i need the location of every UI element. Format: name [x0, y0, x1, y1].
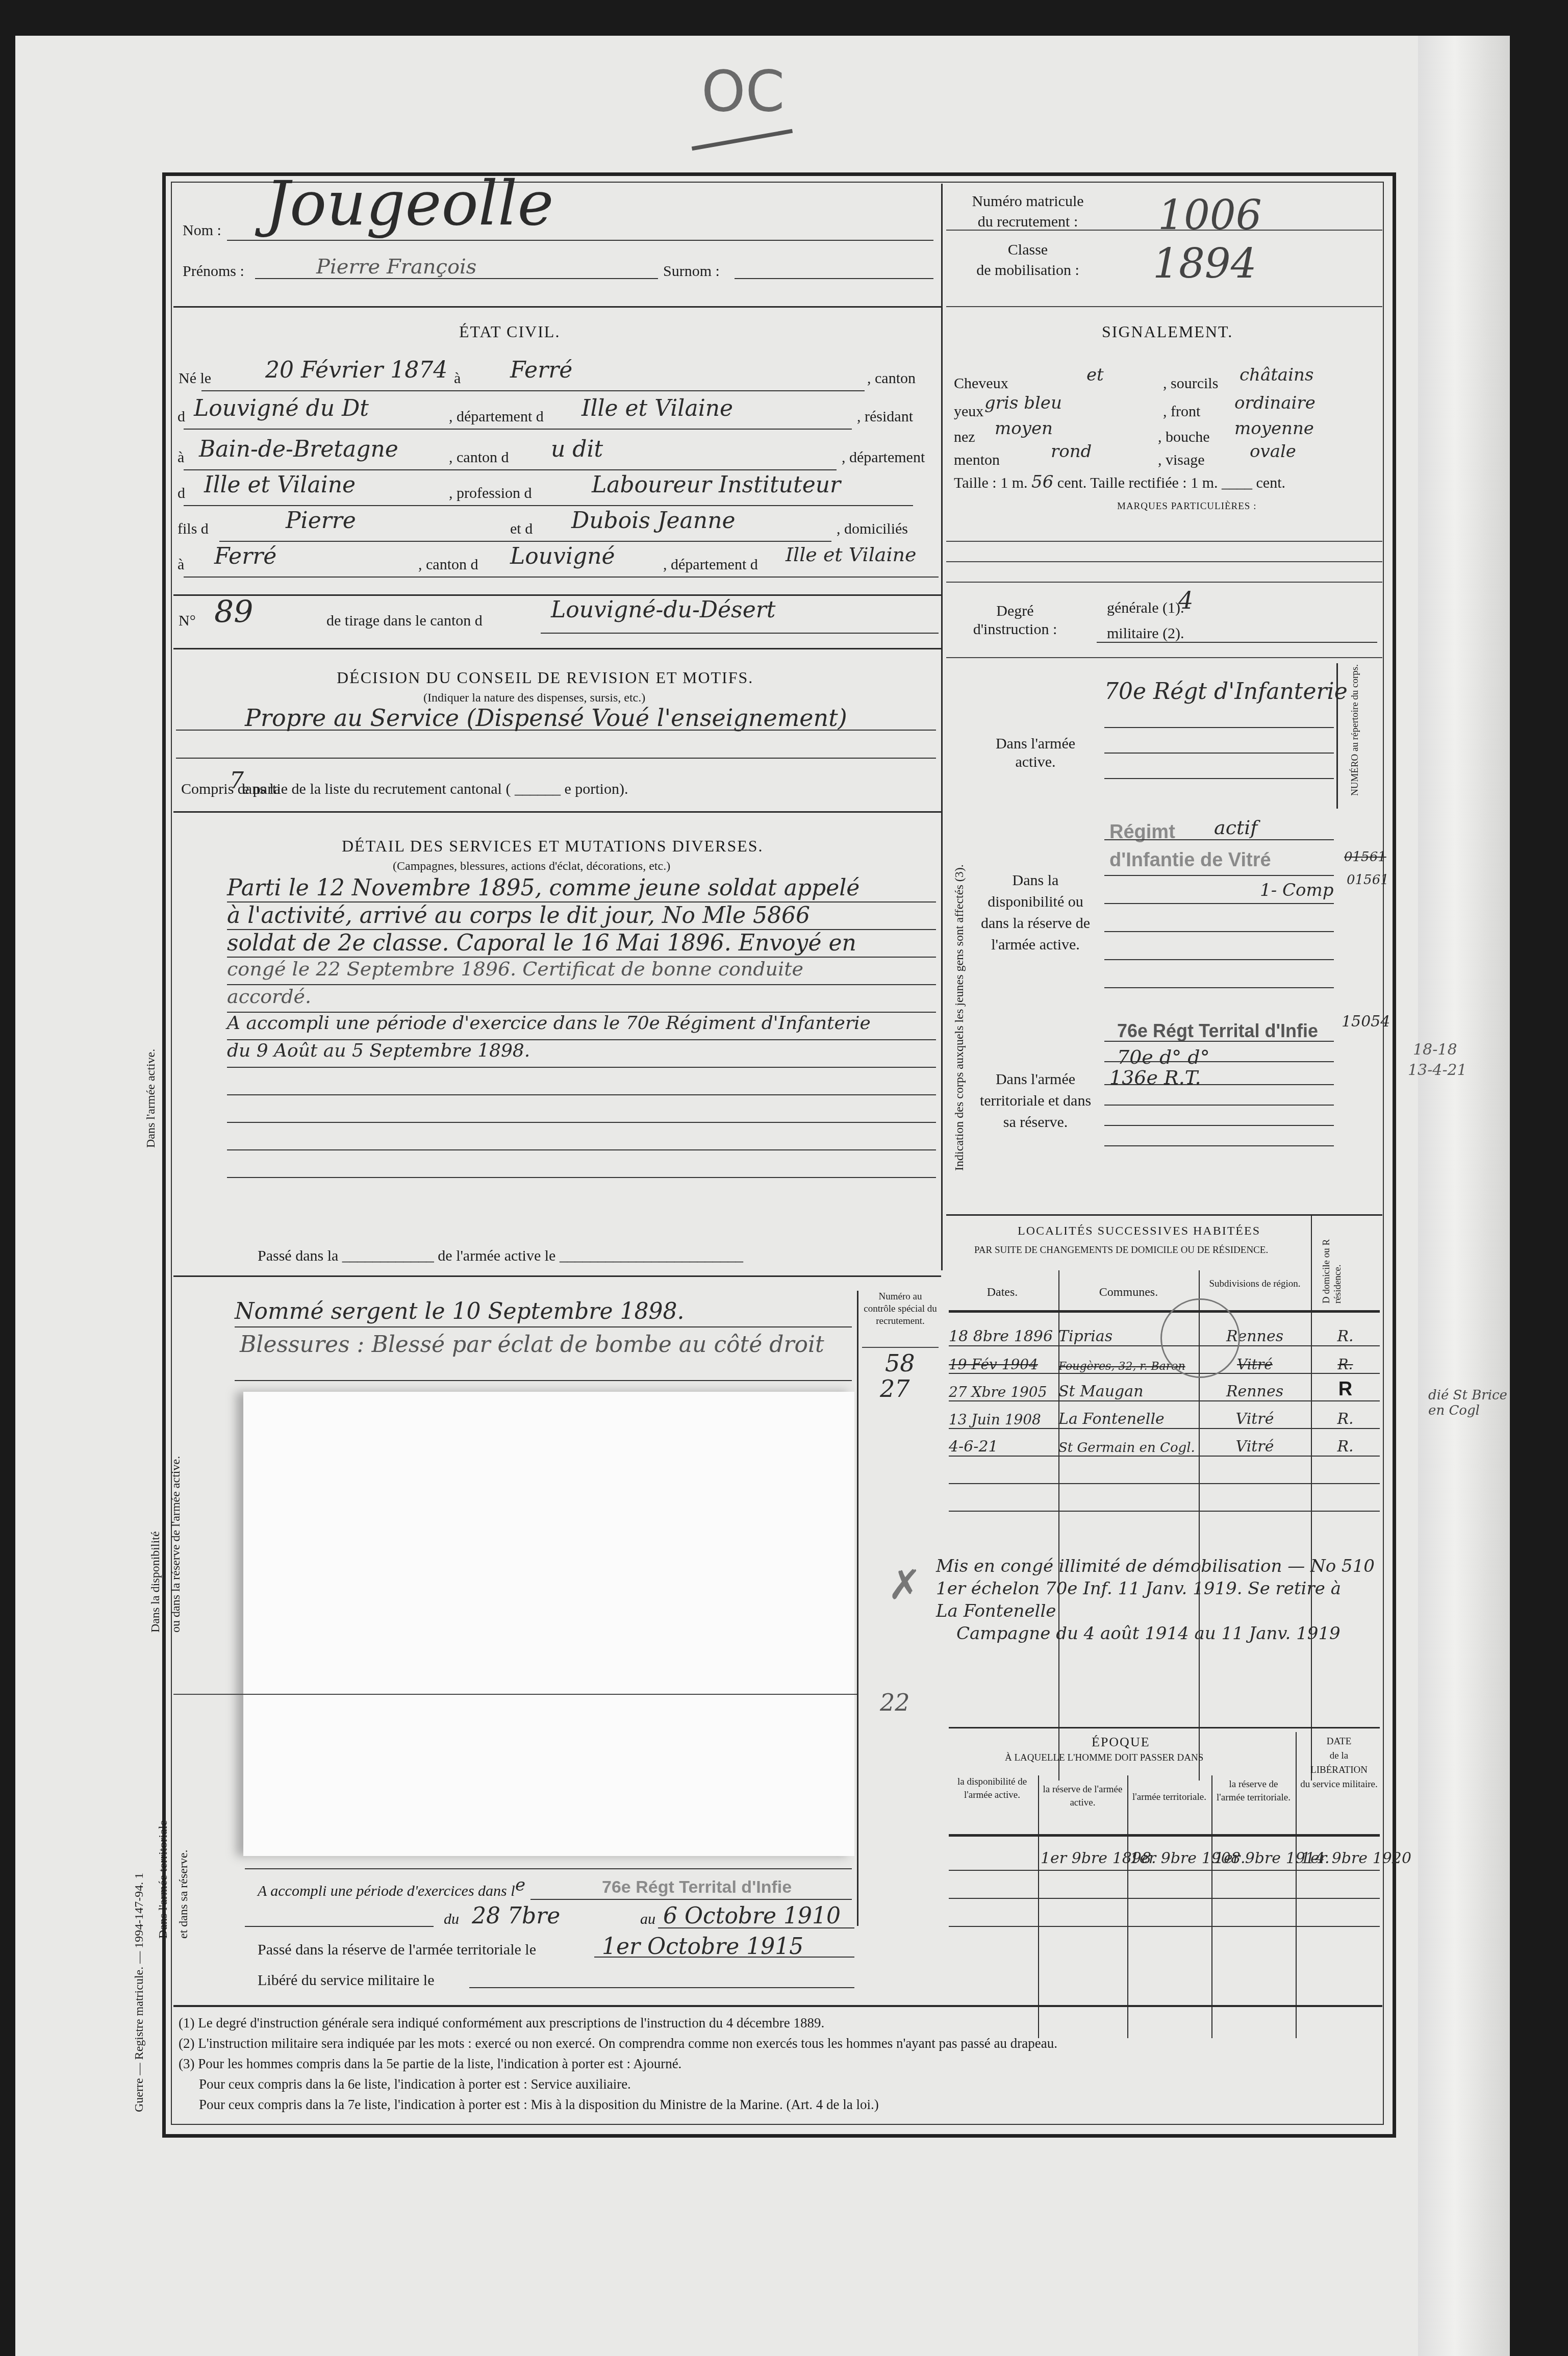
tirage-no-label: N°: [179, 612, 196, 630]
visage-label: , visage: [1158, 452, 1205, 469]
divider: [946, 561, 1382, 562]
header-subdivisions: Subdivisions de région.: [1201, 1278, 1308, 1290]
divider: [173, 1275, 941, 1277]
profession-label: , profession d: [449, 485, 532, 502]
matricule-label: Numéro matriculedu recrutement :: [951, 191, 1104, 232]
commune-cell: La Fontenelle: [1058, 1410, 1199, 1428]
passe-label: Passé dans la ____________ de l'armée ac…: [258, 1247, 743, 1265]
divider: [173, 811, 941, 813]
compris-suffix: e partie de la liste du recrutement cant…: [242, 781, 628, 798]
demob-line: Mis en congé illimité de démobilisation …: [936, 1556, 1456, 1578]
divider: [173, 648, 941, 649]
localite-row: 4-6-21 St Germain en Cogl. Vitré R.: [949, 1429, 1380, 1457]
blank-line: [227, 1068, 936, 1095]
bouche-value: moyenne: [1234, 418, 1314, 439]
blank-line: [227, 1095, 936, 1123]
field-underline: [235, 1380, 852, 1381]
exercices-to: 6 Octobre 1910: [663, 1903, 841, 1929]
col-divider: [1211, 1775, 1212, 2038]
prenoms-value: Pierre François: [316, 255, 476, 279]
terr-stamp: 76e Régt Territal d'Infie: [1117, 1020, 1318, 1042]
service-line: congé le 22 Septembre 1896. Certificat d…: [227, 958, 936, 985]
field-underline: [1104, 1084, 1334, 1085]
blank-row: [949, 1484, 1380, 1512]
field-underline: [469, 1987, 854, 1988]
compris-partie: 7: [230, 768, 244, 794]
taille-label: Taille : 1 m. 56 cent. Taille rectifiée …: [954, 472, 1285, 492]
services-title: DÉTAIL DES SERVICES ET MUTATIONS DIVERSE…: [342, 837, 764, 856]
paper-patch-covering-text: [243, 1392, 854, 1856]
tirage-canton: Louvigné-du-Désert: [551, 597, 775, 623]
departement-prefix: d: [178, 485, 185, 502]
surnom-label: Surnom :: [663, 263, 720, 280]
divider: [946, 541, 1382, 542]
field-underline: [1097, 642, 1377, 643]
footnote-3: (3) Pour les hommes compris dans la 5e p…: [179, 2056, 681, 2072]
liberation-header: DATEde laLIBÉRATIONdu service militaire.: [1298, 1735, 1380, 1792]
localite-row: 13 Juin 1908 La Fontenelle Vitré R.: [949, 1401, 1380, 1429]
dispo-value: 1- Comp: [1260, 880, 1333, 900]
field-underline: [530, 1899, 852, 1900]
birth-canton: Louvigné du Dt: [194, 395, 369, 421]
canton-label: , canton: [867, 370, 916, 387]
date-cell: 27 Xbre 1905: [949, 1384, 1058, 1400]
divider: [173, 1694, 857, 1695]
field-underline: [235, 1326, 852, 1327]
commune-cell: St Maugan: [1058, 1383, 1199, 1400]
decision-subtitle: (Indiquer la nature des dispenses, sursi…: [423, 691, 645, 705]
domicilies-label: , domiciliés: [837, 520, 908, 538]
sourcils-label: , sourcils: [1163, 375, 1218, 392]
divider: [173, 594, 941, 596]
parents-canton: Louvigné: [510, 543, 615, 569]
parents-departement: Ille et Vilaine: [786, 543, 917, 566]
service-line: à l'activité, arrivé au corps le dit jou…: [227, 903, 936, 930]
a-label: à: [178, 449, 184, 466]
etat-civil-title: ÉTAT CIVIL.: [459, 322, 560, 341]
residant-label: , résidant: [857, 408, 913, 425]
side-label-territorial: Dans l'armée territorialeet dans sa rése…: [153, 1820, 194, 1939]
marques-title: MARQUES PARTICULIÈRES :: [1117, 501, 1256, 512]
tirage-number: 89: [214, 594, 253, 630]
field-underline: [1104, 727, 1334, 728]
divider: [946, 582, 1382, 583]
controle-value: 58: [885, 1349, 915, 1377]
residence-canton: u dit: [551, 436, 603, 462]
canton-label: , canton d: [418, 556, 478, 573]
divider: [946, 657, 1382, 658]
divider: [946, 230, 1382, 231]
margin-date: 13-4-21: [1408, 1061, 1467, 1079]
service-line: du 9 Août au 5 Septembre 1898.: [227, 1040, 936, 1068]
divider: [946, 306, 1382, 307]
dispo-stamp: d'Infantie de Vitré: [1109, 849, 1271, 871]
regiment-stamp: 76e Régt Territal d'Infie: [602, 1877, 792, 1897]
birth-date: 20 Février 1874: [265, 357, 447, 383]
services-lines: Parti le 12 Novembre 1895, comme jeune s…: [227, 875, 936, 1178]
field-underline: [184, 505, 913, 506]
corps-dispo-label: Dans la disponibilité ou dans la réserve…: [974, 870, 1097, 956]
dr-cell: R.: [1311, 1327, 1380, 1345]
dr-cell: R.: [1311, 1356, 1380, 1373]
service-line: soldat de 2e classe. Caporal le 16 Mai 1…: [227, 930, 936, 958]
field-underline: [1104, 778, 1334, 779]
decision-title: DÉCISION DU CONSEIL DE REVISION ET MOTIF…: [337, 668, 753, 687]
canton-label: , canton d: [449, 449, 509, 466]
localites-title: LOCALITÉS SUCCESSIVES HABITÉES: [1018, 1224, 1260, 1238]
localites-subtitle: PAR SUITE DE CHANGEMENTS DE DOMICILE OU …: [974, 1245, 1268, 1256]
date-cell: 18 8bre 1896: [949, 1327, 1058, 1345]
date-cell: 13 Juin 1908: [949, 1411, 1058, 1428]
bouche-label: , bouche: [1158, 429, 1210, 446]
liberation-value: 1er 9bre 1920: [1301, 1849, 1411, 1867]
surnom-underline: [735, 278, 933, 279]
margin-note: dié St Brice en Cogl: [1428, 1388, 1510, 1418]
nez-label: nez: [954, 429, 975, 446]
epoque-header: la disponibilité de l'armée active.: [949, 1775, 1035, 1802]
departement-label: , département d: [449, 408, 544, 425]
date-cell: 4-6-21: [949, 1438, 1058, 1456]
menton-label: menton: [954, 452, 1000, 469]
reserve-date: 1er Octobre 1915: [602, 1934, 803, 1960]
field-underline: [1104, 959, 1334, 960]
col-divider: [1296, 1732, 1297, 2038]
birth-departement: Ille et Vilaine: [581, 395, 733, 421]
field-underline: [1104, 839, 1334, 840]
pencil-mark: OC: [701, 59, 785, 124]
instruction-label: Degréd'instruction :: [959, 602, 1071, 639]
localite-row: 27 Xbre 1905 St Maugan Rennes R: [949, 1374, 1380, 1401]
departement-label: , département d: [663, 556, 758, 573]
epoque-title: ÉPOQUE: [1092, 1735, 1150, 1750]
printer-line: Guerre — Registre matricule. — 1994-147-…: [133, 1873, 146, 2112]
demob-note: Mis en congé illimité de démobilisation …: [936, 1556, 1456, 1646]
controle-divider: [857, 1291, 858, 1926]
instruction-generale-value: 4: [1178, 587, 1193, 614]
au-label: au: [640, 1911, 655, 1928]
subdivision-cell: Vitré: [1199, 1410, 1311, 1428]
divider: [862, 1347, 939, 1348]
corps-active-value: 70e Régt d'Infanterie: [1104, 679, 1348, 705]
yeux-value: gris bleu: [984, 393, 1062, 413]
terr-numero: 15054: [1342, 1013, 1390, 1031]
exercices-from: 28 7bre: [472, 1903, 560, 1929]
blank-line: [227, 1150, 936, 1178]
menton-value: rond: [1051, 441, 1092, 462]
dispo-numero: 01561: [1344, 849, 1386, 865]
field-underline: [1104, 1041, 1334, 1042]
field-underline: [1104, 903, 1334, 904]
date-cell: 19 Fév 1904: [949, 1356, 1058, 1373]
col-divider: [1038, 1775, 1039, 2038]
field-underline: [949, 1870, 1380, 1871]
departement-label: , département: [842, 449, 925, 466]
side-label-active: Dans l'armée active.: [144, 1049, 158, 1148]
epoque-header: la réserve de l'armée active.: [1041, 1783, 1125, 1810]
side-label-dispo: Dans la disponibilitéou dans la réserve …: [145, 1456, 186, 1633]
service-line: A accompli une période d'exercice dans l…: [227, 1013, 936, 1040]
yeux-label: yeux: [954, 403, 983, 420]
field-underline: [201, 390, 865, 391]
field-underline: [176, 730, 936, 731]
residence-departement: Ille et Vilaine: [204, 472, 356, 498]
subdivision-cell: Rennes: [1199, 1383, 1311, 1400]
a-label: à: [454, 370, 461, 387]
epoque-header: la réserve de l'armée territoriale.: [1214, 1778, 1293, 1804]
residence: Bain-de-Bretagne: [199, 436, 398, 462]
col-divider: [1127, 1775, 1128, 2038]
libere-label: Libéré du service militaire le: [258, 1972, 435, 1989]
field-underline: [245, 1926, 434, 1927]
visage-value: ovale: [1250, 441, 1296, 462]
parents-domicile: Ferré: [214, 543, 276, 569]
a-label: à: [178, 556, 184, 573]
column-divider: [941, 184, 943, 1270]
field-underline: [1104, 1105, 1334, 1106]
canton-prefix: d: [178, 408, 185, 425]
epoque-subtitle: À LAQUELLE L'HOMME DOIT PASSER DANS: [1005, 1752, 1203, 1764]
et-de-label: et d: [510, 520, 533, 538]
father-name: Pierre: [286, 508, 356, 534]
classe-value: 1894: [1153, 240, 1257, 287]
controle-value: 27: [880, 1375, 910, 1402]
controle-value-territorial: 22: [880, 1689, 910, 1716]
prenoms-underline: [255, 278, 658, 279]
dr-cell: R.: [1311, 1410, 1380, 1428]
field-underline: [1104, 931, 1334, 932]
field-underline: [245, 1868, 852, 1869]
field-underline: [1104, 1125, 1334, 1126]
footnote-1: (1) Le degré d'instruction générale sera…: [179, 2015, 824, 2031]
nez-value: moyen: [995, 418, 1053, 439]
field-underline: [219, 541, 831, 542]
field-underline: [1104, 987, 1334, 988]
ne-le-label: Né le: [179, 370, 211, 387]
numero-header: NUMÉRO au répertoire du corps.: [1349, 664, 1361, 796]
field-underline: [184, 577, 939, 578]
signalement-title: SIGNALEMENT.: [1102, 322, 1233, 341]
field-underline: [1104, 1061, 1334, 1062]
field-underline: [658, 1927, 854, 1928]
service-line: Parti le 12 Novembre 1895, comme jeune s…: [227, 875, 936, 903]
du-label: du: [444, 1911, 459, 1928]
field-underline: [184, 429, 852, 430]
demob-line: Campagne du 4 août 1914 au 11 Janv. 1919: [936, 1623, 1456, 1646]
subdivision-cell: Vitré: [1199, 1438, 1311, 1456]
instruction-generale-label: générale (1).: [1107, 599, 1184, 617]
cross-mark-icon: ✗: [888, 1561, 922, 1609]
margin-date: 18-18: [1413, 1041, 1457, 1059]
epoque-header: l'armée territoriale.: [1130, 1791, 1209, 1804]
front-label: , front: [1163, 403, 1200, 420]
sourcils-value: châtains: [1240, 365, 1313, 385]
field-underline: [949, 1898, 1380, 1899]
tirage-label: de tirage dans le canton d: [326, 612, 483, 630]
terr-value: 136e R.T.: [1109, 1066, 1201, 1089]
birthplace: Ferré: [510, 357, 572, 383]
controle-header: Numéro au contrôle spécial du recrutemen…: [862, 1291, 939, 1327]
footnote-2: (2) L'instruction militaire sera indiqué…: [179, 2036, 1057, 2051]
divider: [946, 1214, 1382, 1216]
blank-row: [949, 1457, 1380, 1484]
cheveux-label: Cheveux: [954, 375, 1008, 392]
field-underline: [1104, 875, 1334, 876]
divider: [949, 1727, 1380, 1728]
demob-line: La Fontenelle: [936, 1601, 1456, 1623]
field-underline: [949, 1926, 1380, 1927]
field-underline: [594, 1957, 854, 1958]
footnote-3c: Pour ceux compris dans la 7e liste, l'in…: [179, 2097, 879, 2113]
divider: [173, 306, 941, 308]
demob-line: 1er échelon 70e Inf. 11 Janv. 1919. Se r…: [936, 1578, 1456, 1601]
header-communes: Communes.: [1061, 1286, 1196, 1299]
field-underline: [184, 469, 837, 470]
field-underline: [1104, 753, 1334, 754]
divider: [949, 1834, 1380, 1837]
instruction-militaire-label: militaire (2).: [1107, 625, 1184, 642]
exercices-prefix: e: [515, 1875, 525, 1895]
nom-value: Jougeolle: [265, 168, 554, 239]
field-underline: [1104, 1145, 1334, 1146]
corps-active-label: Dans l'armée active.: [979, 735, 1092, 771]
footnote-3b: Pour ceux compris dans la 6e liste, l'in…: [179, 2076, 631, 2092]
nom-underline: [227, 240, 933, 241]
terr-value: 70e d° d°: [1117, 1046, 1210, 1068]
field-underline: [176, 758, 936, 759]
divider: [949, 1310, 1380, 1313]
dispo-line: Blessures : Blessé par éclat de bombe au…: [240, 1332, 824, 1358]
dispo-numero: 01561: [1347, 872, 1389, 888]
mother-name: Dubois Jeanne: [571, 508, 736, 534]
dr-cell: R.: [1311, 1438, 1380, 1456]
blank-line: [227, 1123, 936, 1150]
matricule-value: 1006: [1158, 191, 1262, 239]
reserve-label: Passé dans la réserve de l'armée territo…: [258, 1941, 536, 1959]
cheveux-value: et: [1086, 365, 1104, 385]
corps-terr-label: Dans l'armée territoriale et dans sa rés…: [974, 1069, 1097, 1133]
front-value: ordinaire: [1234, 393, 1316, 413]
page-edge: [1418, 36, 1510, 2356]
classe-label: Classede mobilisation :: [951, 240, 1104, 281]
divider: [173, 2005, 1382, 2007]
header-dr: D domicile ou R résidence.: [1321, 1227, 1344, 1304]
exercices-label: A accompli une période d'exercices dans …: [258, 1883, 515, 1900]
dispo-line: Nommé sergent le 10 Septembre 1898.: [235, 1298, 684, 1324]
service-line: accordé.: [227, 985, 936, 1013]
profession: Laboureur Instituteur: [592, 472, 841, 498]
postmark-stamp: [1160, 1298, 1240, 1378]
decision-value: Propre au Service (Dispensé Voué l'ensei…: [245, 704, 847, 732]
dr-cell: R: [1311, 1378, 1380, 1400]
prenoms-label: Prénoms :: [183, 263, 244, 280]
corps-vertical-title: Indication des corps auxquels les jeunes…: [953, 864, 967, 1171]
services-subtitle: (Campagnes, blessures, actions d'éclat, …: [393, 860, 670, 873]
field-underline: [541, 633, 939, 634]
nom-label: Nom :: [183, 222, 221, 239]
fils-label: fils d: [178, 520, 209, 538]
commune-cell: St Germain en Cogl.: [1058, 1440, 1199, 1456]
dispo-value: actif: [1214, 816, 1257, 839]
header-dates: Dates.: [949, 1286, 1056, 1299]
